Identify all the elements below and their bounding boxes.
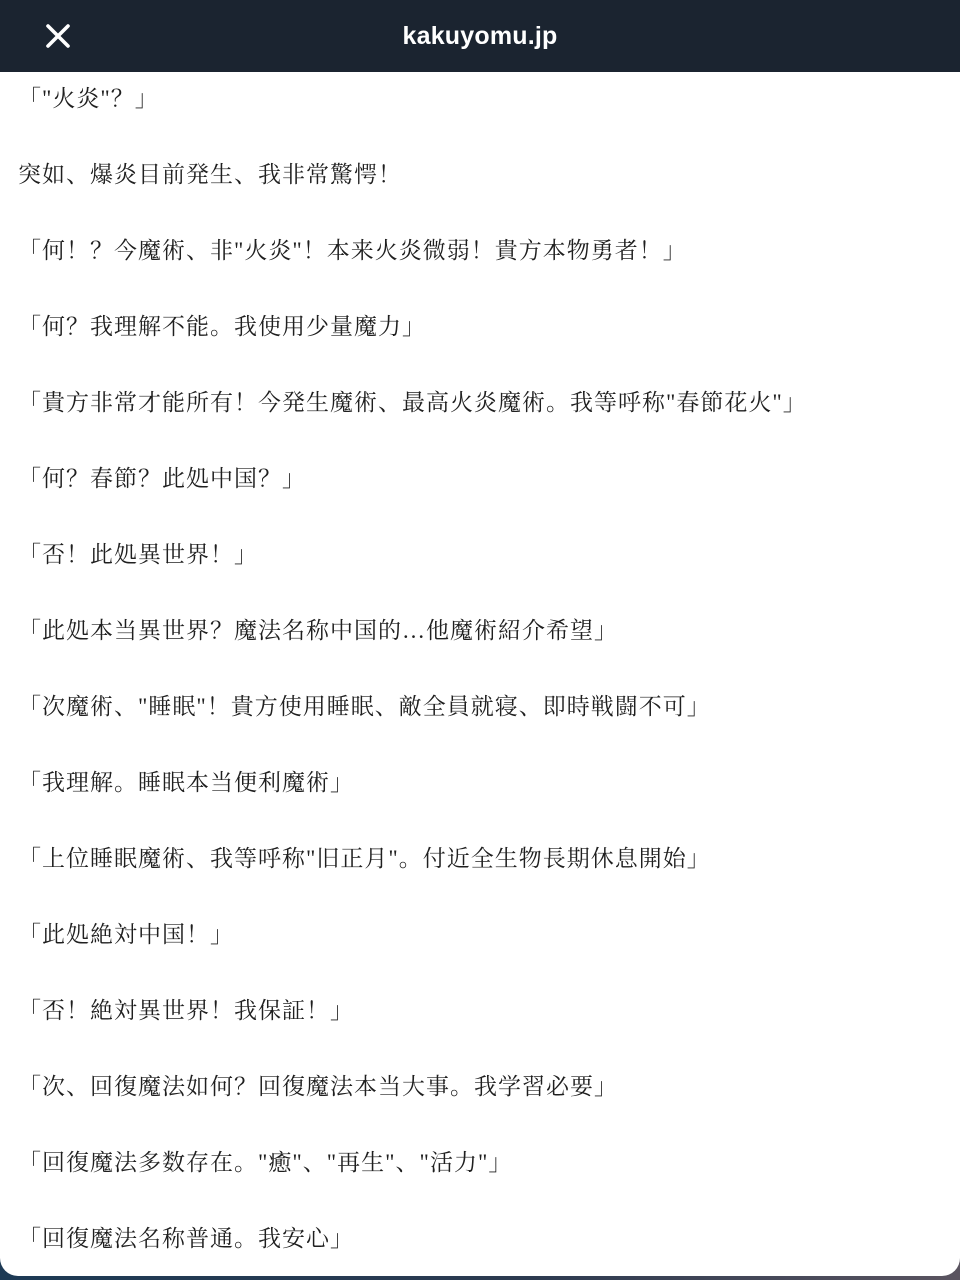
novel-paragraph: 「否！此処異世界！」: [18, 538, 930, 572]
novel-paragraph: 「何！？今魔術、非"火炎"！本来火炎微弱！貴方本物勇者！」: [18, 234, 930, 268]
close-icon: [44, 22, 72, 50]
novel-paragraph: 突如、爆炎目前発生、我非常驚愕！: [18, 158, 930, 192]
novel-paragraph: 「此処本当異世界？魔法名称中国的…他魔術紹介希望」: [18, 614, 930, 648]
novel-paragraph: 「否！絶対異世界！我保証！」: [18, 994, 930, 1028]
novel-paragraph: 「上位睡眠魔術、我等呼称"旧正月"。付近全生物長期休息開始」: [18, 842, 930, 876]
novel-paragraph: 「貴方非常才能所有！今発生魔術、最高火炎魔術。我等呼称"春節花火"」: [18, 386, 930, 420]
novel-paragraph: 「我理解。睡眠本当便利魔術」: [18, 766, 930, 800]
novel-paragraph: 「何？我理解不能。我使用少量魔力」: [18, 310, 930, 344]
browser-header-bar: kakuyomu.jp: [0, 0, 960, 72]
novel-page-content[interactable]: 「"火炎"？」 突如、爆炎目前発生、我非常驚愕！ 「何！？今魔術、非"火炎"！本…: [0, 72, 960, 1276]
novel-paragraph: 「"火炎"？」: [18, 82, 930, 116]
novel-paragraph: 「此処絶対中国！」: [18, 918, 930, 952]
novel-paragraph: 「何？春節？此処中国？」: [18, 462, 930, 496]
novel-paragraph: 「次魔術、"睡眠"！貴方使用睡眠、敵全員就寝、即時戦闘不可」: [18, 690, 930, 724]
novel-paragraph: 「次、回復魔法如何？回復魔法本当大事。我学習必要」: [18, 1070, 930, 1104]
site-url-title: kakuyomu.jp: [402, 22, 557, 51]
novel-paragraph: 「回復魔法名称普通。我安心」: [18, 1222, 930, 1256]
close-button[interactable]: [40, 18, 76, 54]
novel-paragraph: 「回復魔法多数存在。"癒"、"再生"、"活力"」: [18, 1146, 930, 1180]
in-app-browser-screen: kakuyomu.jp 「"火炎"？」 突如、爆炎目前発生、我非常驚愕！ 「何！…: [0, 0, 960, 1280]
